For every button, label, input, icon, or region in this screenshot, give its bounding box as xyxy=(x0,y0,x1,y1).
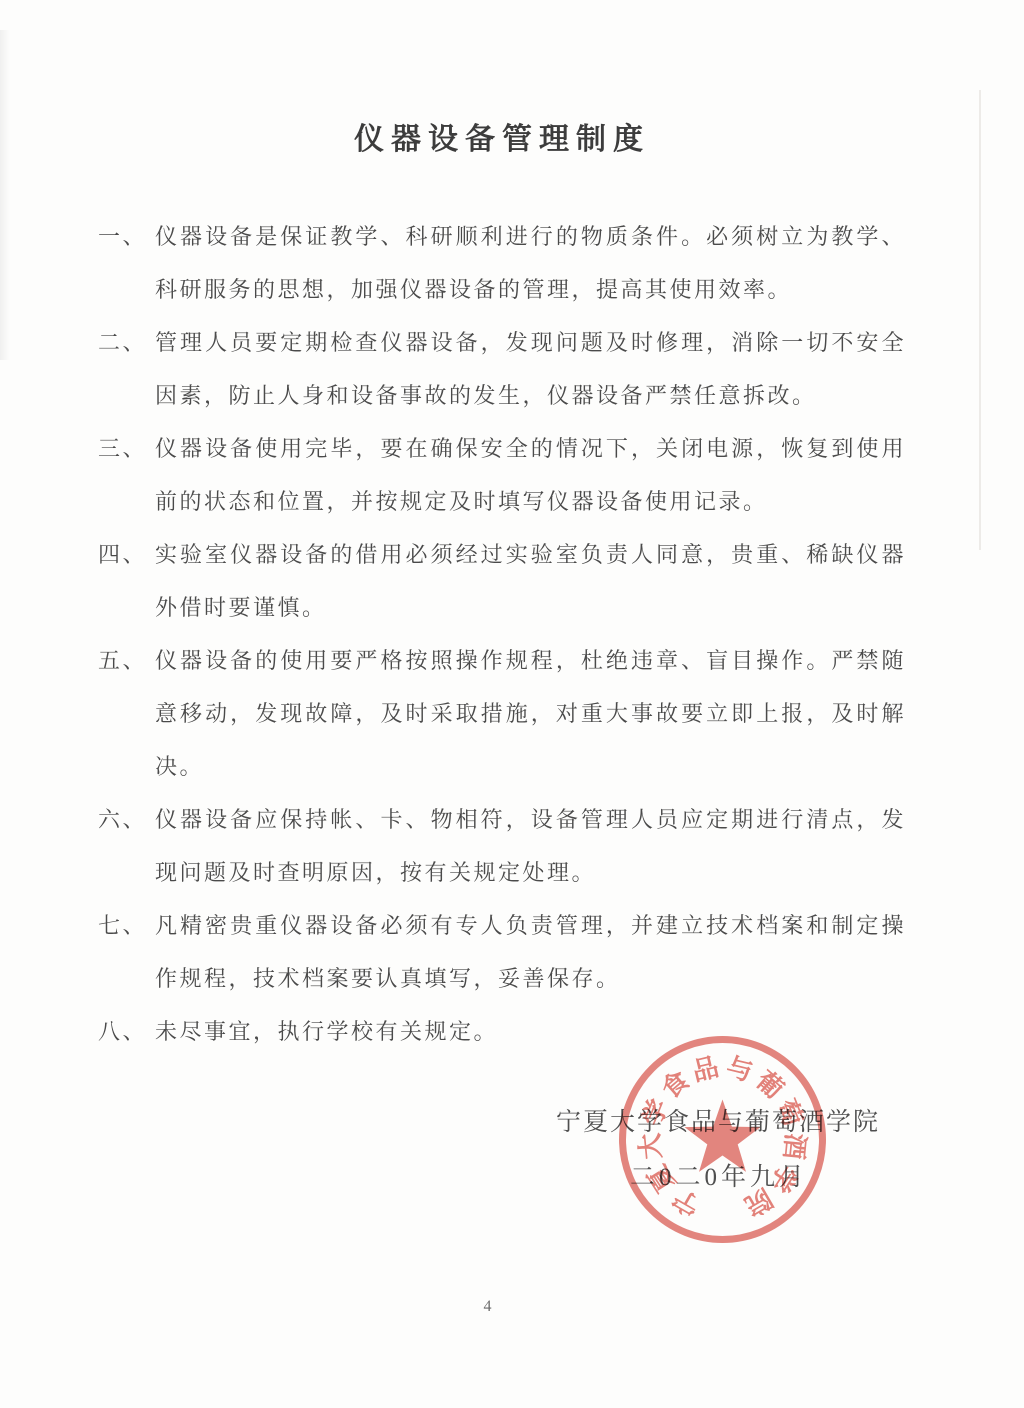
official-seal-stamp: 宁夏大学食品与葡萄酒学院 xyxy=(612,1029,833,1250)
clause-number: 五、 xyxy=(98,634,155,793)
svg-text:酒: 酒 xyxy=(779,1132,810,1161)
svg-text:萄: 萄 xyxy=(771,1095,808,1130)
svg-text:葡: 葡 xyxy=(750,1066,789,1105)
document-body: 仪器设备管理制度 一、 仪器设备是保证教学、科研顺利进行的物质条件。必须树立为教… xyxy=(98,118,906,1058)
clause-text: 仪器设备使用完毕，要在确保安全的情况下，关闭电源，恢复到使用前的状态和位置，并按… xyxy=(155,422,906,528)
clause-number: 六、 xyxy=(98,793,155,899)
clause-2: 二、 管理人员要定期检查仪器设备，发现问题及时修理，消除一切不安全因素，防止人身… xyxy=(98,316,906,422)
clause-text: 管理人员要定期检查仪器设备，发现问题及时修理，消除一切不安全因素，防止人身和设备… xyxy=(155,316,906,422)
star-icon xyxy=(685,1100,761,1172)
clause-number: 二、 xyxy=(98,316,155,422)
svg-text:学: 学 xyxy=(764,1160,802,1198)
svg-text:与: 与 xyxy=(723,1051,755,1086)
clause-4: 四、 实验室仪器设备的借用必须经过实验室负责人同意，贵重、稀缺仪器外借时要谨慎。 xyxy=(98,528,906,634)
clause-6: 六、 仪器设备应保持帐、卡、物相符，设备管理人员应定期进行清点，发现问题及时查明… xyxy=(98,793,906,899)
scan-artifact-left xyxy=(0,30,10,360)
svg-text:品: 品 xyxy=(689,1052,721,1086)
page-number: 4 xyxy=(0,1298,976,1316)
svg-text:大: 大 xyxy=(635,1132,666,1161)
clause-number: 八、 xyxy=(98,1005,155,1058)
svg-text:宁: 宁 xyxy=(668,1183,705,1221)
clause-text: 实验室仪器设备的借用必须经过实验室负责人同意，贵重、稀缺仪器外借时要谨慎。 xyxy=(155,528,906,634)
clause-7: 七、 凡精密贵重仪器设备必须有专人负责管理，并建立技术档案和制定操作规程，技术档… xyxy=(98,899,906,1005)
clause-1: 一、 仪器设备是保证教学、科研顺利进行的物质条件。必须树立为教学、科研服务的思想… xyxy=(98,210,906,316)
svg-text:夏: 夏 xyxy=(643,1160,681,1198)
svg-text:学: 学 xyxy=(637,1095,674,1130)
clause-text: 仪器设备的使用要严格按照操作规程，杜绝违章、盲目操作。严禁随意移动，发现故障，及… xyxy=(155,634,906,793)
scan-artifact-right xyxy=(979,90,981,550)
clause-number: 四、 xyxy=(98,528,155,634)
clause-5: 五、 仪器设备的使用要严格按照操作规程，杜绝违章、盲目操作。严禁随意移动，发现故… xyxy=(98,634,906,793)
clause-number: 三、 xyxy=(98,422,155,528)
svg-text:院: 院 xyxy=(740,1183,777,1221)
page-title: 仪器设备管理制度 xyxy=(98,118,906,162)
clause-text: 仪器设备是保证教学、科研顺利进行的物质条件。必须树立为教学、科研服务的思想，加强… xyxy=(155,210,906,316)
document-page: 仪器设备管理制度 一、 仪器设备是保证教学、科研顺利进行的物质条件。必须树立为教… xyxy=(0,0,1024,1408)
clause-text: 凡精密贵重仪器设备必须有专人负责管理，并建立技术档案和制定操作规程，技术档案要认… xyxy=(155,899,906,1005)
svg-text:食: 食 xyxy=(656,1066,695,1105)
clause-number: 一、 xyxy=(98,210,155,316)
clause-3: 三、 仪器设备使用完毕，要在确保安全的情况下，关闭电源，恢复到使用前的状态和位置… xyxy=(98,422,906,528)
clause-text: 仪器设备应保持帐、卡、物相符，设备管理人员应定期进行清点，发现问题及时查明原因，… xyxy=(155,793,906,899)
clause-number: 七、 xyxy=(98,899,155,1005)
